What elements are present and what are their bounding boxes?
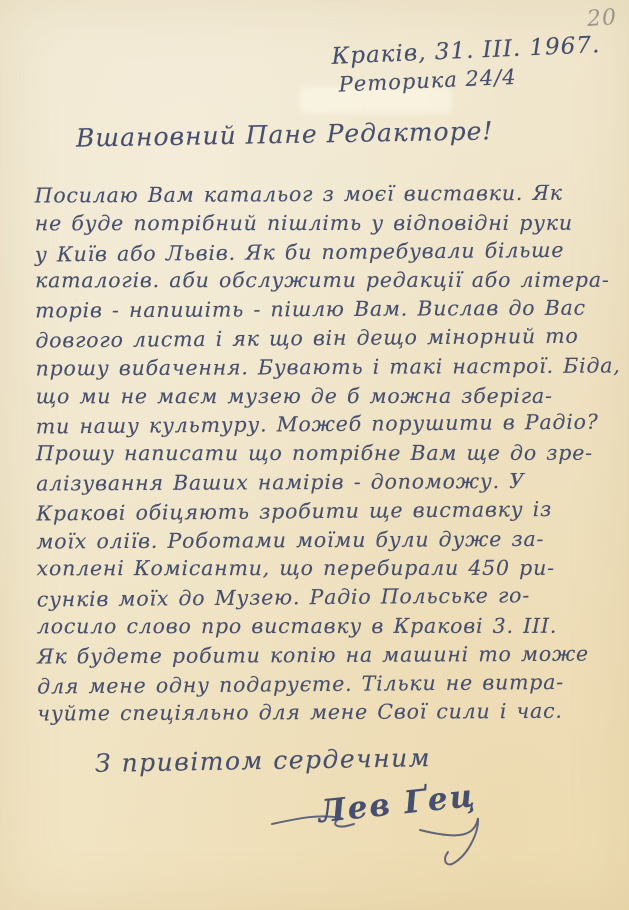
letter-line: довгого листа і як що він дещо мінорний … xyxy=(35,321,610,355)
letter-line: для мене одну подаруєте. Тільки не витра… xyxy=(37,667,612,701)
letter-line: алізування Ваших намірів - допоможу. У xyxy=(36,466,611,498)
letter-line: лосило слово про виставку в Кракові 3. І… xyxy=(37,612,612,641)
letter-line: не буде потрібний пішліть у відповідні р… xyxy=(35,209,610,238)
closing: З привітом сердечним xyxy=(95,743,431,778)
letter-body: Посилаю Вам катальог з моєї виставки. Як… xyxy=(35,178,613,728)
letter-line: прошу вибачення. Бувають і такі настрої.… xyxy=(35,351,610,383)
letter-line: ти нашу культуру. Можеб порушити в Радіо… xyxy=(36,408,611,442)
letter-line: каталогів. аби обслужити редакції або лі… xyxy=(35,266,610,295)
letter-line: Як будете робити копію на машині то може xyxy=(37,639,612,671)
letter-line: сунків моїх до Музею. Радіо Польське го- xyxy=(37,581,612,615)
date-block: Краків, 31. ІІІ. 1967. Реторика 24/4 xyxy=(331,32,602,97)
letter-page: 20 Краків, 31. ІІІ. 1967. Реторика 24/4 … xyxy=(0,0,629,910)
letter-line: торів - напишіть - пішлю Вам. Вислав до … xyxy=(35,294,610,326)
salutation: Вшановний Пане Редакторе! xyxy=(76,116,494,152)
letter-line: чуйте спеціяльно для мене Свої сили і ча… xyxy=(37,697,612,729)
letter-line: Прошу написати що потрібне Вам ще до зре… xyxy=(36,439,611,468)
letter-line: Кракові обіцяють зробити ще виставку із xyxy=(36,494,611,528)
signature-block: Лев Ґец xyxy=(270,778,530,868)
archive-page-number: 20 xyxy=(586,5,618,32)
letter-line: моїх оліїв. Роботами моїми були дуже за- xyxy=(36,524,611,556)
letter-line: у Київ або Львів. Як би потребували біль… xyxy=(35,235,610,269)
letter-line: що ми не маєм музею де б можна зберіга- xyxy=(36,381,611,410)
letter-line: Посилаю Вам катальог з моєї виставки. Як xyxy=(35,178,610,210)
letter-line: хоплені Комісанти, що перебирали 450 ри- xyxy=(37,554,612,583)
